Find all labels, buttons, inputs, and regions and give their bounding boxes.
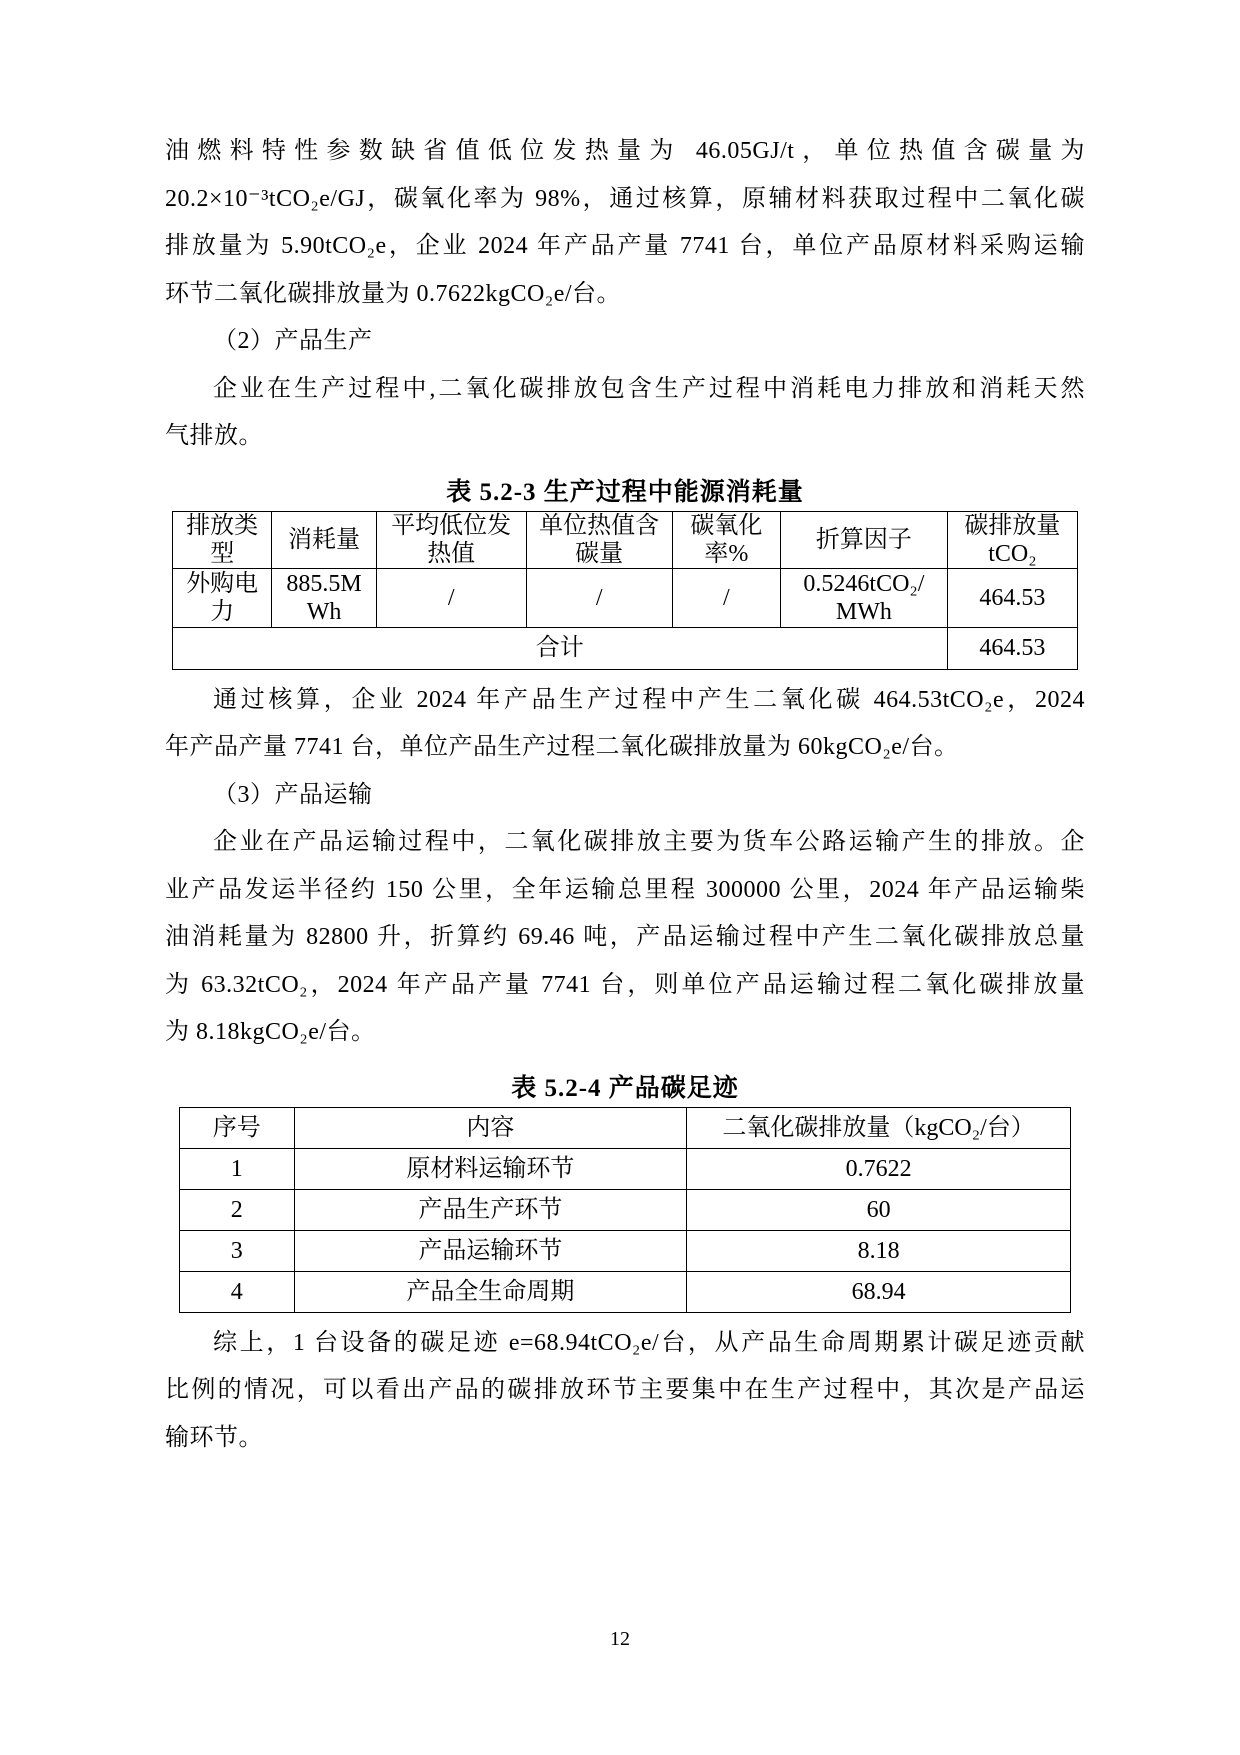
cell-total-label: 合计 [172,627,947,669]
table2-title: 表 5.2-4 产品碳足迹 [165,1071,1085,1107]
cell-value: 0.7622 [686,1148,1070,1189]
cell-carbon-emission: 464.53 [947,568,1077,627]
column-header-oxidation-rate: 碳氧化 率% [672,511,781,568]
text-line: 输环节。 [165,1415,1085,1463]
heading-product-production: （2）产品生产 [165,318,1085,366]
text-line: 综上，1 台设备的碳足迹 e=68.94tCO₂e/台，从产品生命周期累计碳足迹… [165,1320,1085,1368]
cell-content: 产品生产环节 [294,1189,686,1230]
text-line: 年产品产量 7741 台，单位产品生产过程二氧化碳排放量为 60kgCO₂e/台… [165,724,1085,772]
paragraph-fuel-parameters: 油燃料特性参数缺省值低位发热量为 46.05GJ/t，单位热值含碳量为 20.2… [165,128,1085,318]
column-header-carbon-emission: 碳排放量 tCO₂ [947,511,1077,568]
text-line: 业产品发运半径约 150 公里，全年运输总里程 300000 公里，2024 年… [165,867,1085,915]
paragraph-production-emissions: 企业在生产过程中,二氧化碳排放包含生产过程中消耗电力排放和消耗天然 气排放。 [165,366,1085,461]
table-row-full-lifecycle: 4 产品全生命周期 68.94 [179,1271,1070,1312]
text-line: 气排放。 [165,413,1085,461]
column-header-avg-heating-value: 平均低位发 热值 [376,511,526,568]
cell-total-value: 464.53 [947,627,1077,669]
text-line: 环节二氧化碳排放量为 0.7622kgCO₂e/台。 [165,271,1085,319]
cell-emission-type: 外购电 力 [172,568,272,627]
column-header-emission-type: 排放类 型 [172,511,272,568]
paragraph-transport-emissions: 企业在产品运输过程中，二氧化碳排放主要为货车公路运输产生的排放。企 业产品发运半… [165,819,1085,1057]
cell-value: 60 [686,1189,1070,1230]
table-product-carbon-footprint: 序号 内容 二氧化碳排放量（kgCO₂/台） 1 原材料运输环节 0.7622 … [179,1107,1071,1313]
cell-avg-heating-value: / [376,568,526,627]
text-line: 油消耗量为 82800 升，折算约 69.46 吨，产品运输过程中产生二氧化碳排… [165,914,1085,962]
cell-content: 原材料运输环节 [294,1148,686,1189]
text-line: 通过核算，企业 2024 年产品生产过程中产生二氧化碳 464.53tCO₂e，… [165,677,1085,725]
cell-content: 产品全生命周期 [294,1271,686,1312]
text-line: 企业在生产过程中,二氧化碳排放包含生产过程中消耗电力排放和消耗天然 [165,366,1085,414]
table-header-row: 排放类 型 消耗量 平均低位发 热值 单位热值含 碳量 碳氧化 率% 折算因子 … [172,511,1077,568]
table-row-transport-stage: 3 产品运输环节 8.18 [179,1230,1070,1271]
text-line: 为 8.18kgCO₂e/台。 [165,1009,1085,1057]
table1-title: 表 5.2-3 生产过程中能源消耗量 [165,475,1085,511]
column-header-content: 内容 [294,1107,686,1148]
column-header-carbon-per-heat: 单位热值含 碳量 [526,511,672,568]
text-line: 企业在产品运输过程中，二氧化碳排放主要为货车公路运输产生的排放。企 [165,819,1085,867]
table-row-purchased-electricity: 外购电 力 885.5M Wh / / / 0.5246tCO₂/ MWh 46… [172,568,1077,627]
column-header-consumption: 消耗量 [272,511,376,568]
table-row-production-stage: 2 产品生产环节 60 [179,1189,1070,1230]
text-line: 油燃料特性参数缺省值低位发热量为 46.05GJ/t，单位热值含碳量为 [165,128,1085,176]
table-row-total: 合计 464.53 [172,627,1077,669]
text-line: 排放量为 5.90tCO₂e，企业 2024 年产品产量 7741 台，单位产品… [165,223,1085,271]
table-row-raw-material-transport: 1 原材料运输环节 0.7622 [179,1148,1070,1189]
page-number: 12 [0,1626,1240,1652]
document-page: 油燃料特性参数缺省值低位发热量为 46.05GJ/t，单位热值含碳量为 20.2… [0,0,1240,1755]
paragraph-production-result: 通过核算，企业 2024 年产品生产过程中产生二氧化碳 464.53tCO₂e，… [165,677,1085,772]
table-energy-consumption: 排放类 型 消耗量 平均低位发 热值 单位热值含 碳量 碳氧化 率% 折算因子 … [172,511,1078,670]
heading-product-transport: （3）产品运输 [165,772,1085,820]
text-line: 比例的情况，可以看出产品的碳排放环节主要集中在生产过程中，其次是产品运 [165,1367,1085,1415]
paragraph-conclusion: 综上，1 台设备的碳足迹 e=68.94tCO₂e/台，从产品生命周期累计碳足迹… [165,1320,1085,1463]
cell-carbon-per-heat: / [526,568,672,627]
cell-value: 68.94 [686,1271,1070,1312]
cell-value: 8.18 [686,1230,1070,1271]
table-header-row: 序号 内容 二氧化碳排放量（kgCO₂/台） [179,1107,1070,1148]
cell-conversion-factor: 0.5246tCO₂/ MWh [781,568,948,627]
cell-oxidation-rate: / [672,568,781,627]
cell-index: 1 [179,1148,294,1189]
cell-content: 产品运输环节 [294,1230,686,1271]
cell-consumption: 885.5M Wh [272,568,376,627]
column-header-conversion-factor: 折算因子 [781,511,948,568]
cell-index: 2 [179,1189,294,1230]
column-header-co2-per-unit: 二氧化碳排放量（kgCO₂/台） [686,1107,1070,1148]
text-line: 20.2×10⁻³tCO₂e/GJ，碳氧化率为 98%，通过核算，原辅材料获取过… [165,176,1085,224]
cell-index: 3 [179,1230,294,1271]
cell-index: 4 [179,1271,294,1312]
text-line: 为 63.32tCO₂，2024 年产品产量 7741 台，则单位产品运输过程二… [165,962,1085,1010]
column-header-index: 序号 [179,1107,294,1148]
